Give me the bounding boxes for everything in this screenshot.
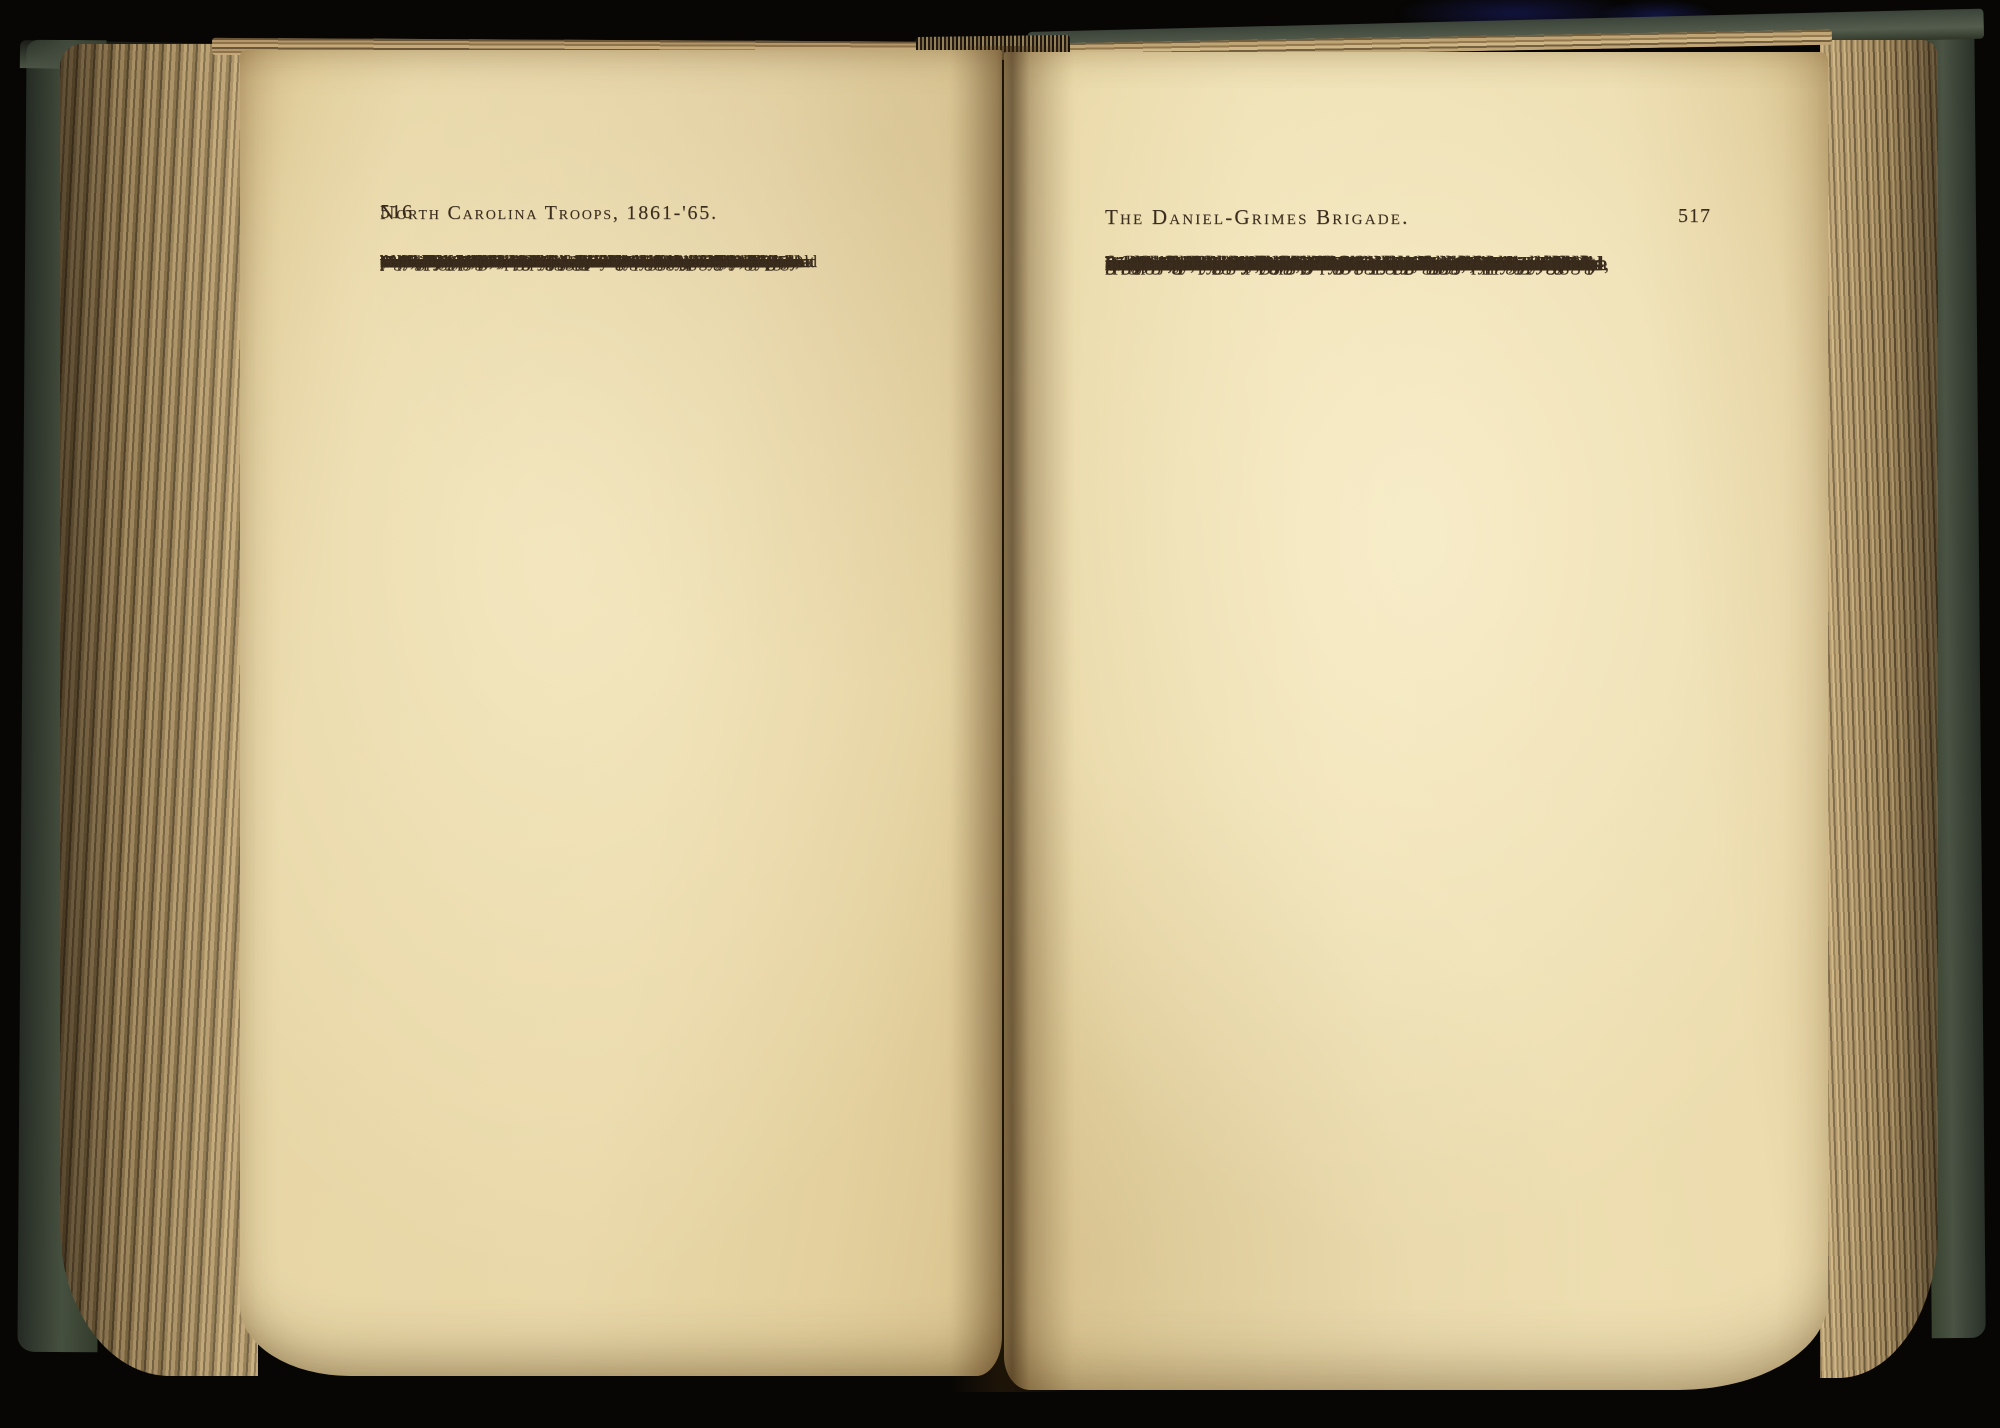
text-line: September, 1862, as soon as the brigade …: [380, 250, 814, 274]
right-page: The Daniel-Grimes Brigade. 517 splendid …: [1004, 52, 1828, 1390]
gutter-shadow: [950, 46, 1074, 1392]
right-page-header: The Daniel-Grimes Brigade. 517: [1105, 204, 1717, 232]
running-header-left: North Carolina Troops, 1861-'65.: [380, 200, 718, 226]
left-page: 516 North Carolina Troops, 1861-'65. wou…: [240, 50, 1002, 1376]
left-page-header: 516 North Carolina Troops, 1861-'65.: [380, 200, 864, 228]
page-number-right: 517: [1678, 205, 1711, 228]
text-line: Major James Edmundson was appointed Assi…: [1105, 252, 1596, 276]
book-photograph: 516 North Carolina Troops, 1861-'65. wou…: [0, 0, 2000, 1428]
running-header-right: The Daniel-Grimes Brigade.: [1105, 204, 1410, 230]
page-edges-stack-right: [1820, 40, 1938, 1378]
page-edges-stack-left: [60, 44, 258, 1376]
